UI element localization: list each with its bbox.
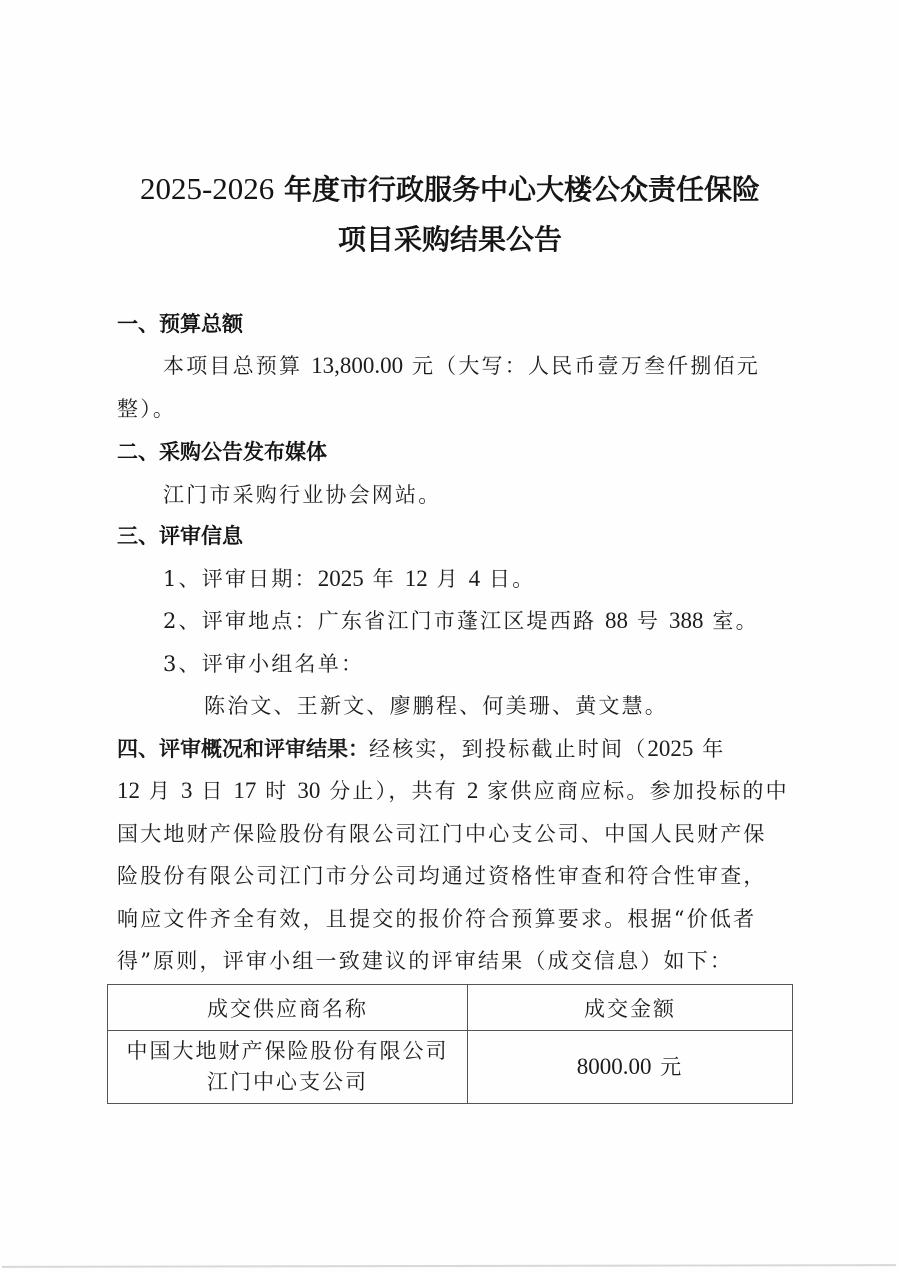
budget-amount: 13,800.00 bbox=[311, 353, 403, 378]
result-text-e: 时 bbox=[256, 779, 297, 803]
result-text-f: 分止），共有 bbox=[320, 779, 466, 803]
result-text-d: 日 bbox=[192, 779, 233, 803]
result-line6: 得”原则，评审小组一致建议的评审结果（成交信息）如下： bbox=[117, 945, 733, 975]
supplier-name-line1: 中国大地财产保险股份有限公司 bbox=[109, 1036, 466, 1067]
title-text: 年度市行政服务中心大楼公众责任保险 bbox=[274, 173, 760, 206]
review-location: 2、评审地点：广东省江门市蓬江区堤西路 88 号 388 室。 bbox=[163, 605, 759, 635]
review-date: 1、评审日期：2025 年 12 月 4 日。 bbox=[163, 563, 535, 593]
review-date-year: 2025 bbox=[318, 566, 364, 591]
table-row: 中国大地财产保险股份有限公司 江门中心支公司 8000.00 元 bbox=[108, 1031, 793, 1104]
result-line1: 四、评审概况和评审结果：经核实，到投标截止时间（2025 年 bbox=[117, 733, 725, 763]
review-location-number: 88 bbox=[605, 608, 628, 633]
review-location-end: 室。 bbox=[704, 609, 759, 633]
result-deadline-minute: 30 bbox=[297, 778, 320, 803]
budget-text-b: 元（大写：人民币壹万叁仟捌佰元 bbox=[403, 354, 760, 378]
award-table: 成交供应商名称 成交金额 中国大地财产保险股份有限公司 江门中心支公司 8000… bbox=[107, 984, 793, 1104]
result-line3: 国大地财产保险股份有限公司江门中心支公司、中国人民财产保 bbox=[117, 818, 767, 848]
header-award-amount: 成交金额 bbox=[467, 985, 792, 1031]
supplier-name-cell: 中国大地财产保险股份有限公司 江门中心支公司 bbox=[108, 1031, 468, 1104]
result-text-a: 经核实，到投标截止时间（ bbox=[369, 737, 647, 761]
result-deadline-day: 3 bbox=[181, 778, 193, 803]
review-panel-members: 陈治文、王新文、廖鹏程、何美珊、黄文慧。 bbox=[204, 690, 668, 720]
review-date-month: 12 bbox=[405, 566, 428, 591]
media-text: 江门市采购行业协会网站。 bbox=[163, 479, 441, 509]
result-line2: 12 月 3 日 17 时 30 分止），共有 2 家供应商应标。参加投标的中 bbox=[117, 775, 789, 805]
header-supplier-name: 成交供应商名称 bbox=[108, 985, 468, 1031]
review-location-room: 388 bbox=[669, 608, 704, 633]
section-result-heading: 四、评审概况和评审结果： bbox=[117, 737, 369, 761]
award-amount-unit: 元 bbox=[652, 1055, 684, 1079]
result-text-g: 家供应商应标。参加投标的中 bbox=[478, 779, 788, 803]
document-page: 2025-2026 年度市行政服务中心大楼公众责任保险 项目采购结果公告 一、预… bbox=[0, 0, 900, 1272]
section-budget-heading: 一、预算总额 bbox=[117, 308, 243, 338]
review-date-day-unit: 日。 bbox=[480, 567, 535, 591]
review-date-year-unit: 年 bbox=[364, 567, 405, 591]
result-text-c: 月 bbox=[140, 779, 181, 803]
review-date-month-unit: 月 bbox=[428, 567, 469, 591]
result-deadline-year: 2025 bbox=[647, 736, 693, 761]
award-amount-value: 8000.00 bbox=[577, 1054, 652, 1079]
review-date-day: 4 bbox=[469, 566, 481, 591]
title-year-range: 2025-2026 bbox=[140, 171, 274, 206]
budget-text-line2: 整）。 bbox=[117, 393, 176, 423]
result-line5: 响应文件齐全有效，且提交的报价符合预算要求。根据“价低者 bbox=[117, 903, 756, 933]
result-text-b: 年 bbox=[693, 737, 725, 761]
result-deadline-hour: 17 bbox=[233, 778, 256, 803]
review-location-unit: 号 bbox=[628, 609, 669, 633]
section-review-heading: 三、评审信息 bbox=[117, 520, 243, 550]
review-date-label: 1、评审日期： bbox=[163, 567, 318, 591]
document-title-line1: 2025-2026 年度市行政服务中心大楼公众责任保险 bbox=[0, 168, 900, 208]
result-line4: 险股份有限公司江门市分公司均通过资格性审查和符合性审查， bbox=[117, 860, 767, 890]
result-bidder-count: 2 bbox=[467, 778, 479, 803]
review-location-text: 2、评审地点：广东省江门市蓬江区堤西路 bbox=[163, 609, 605, 633]
scan-edge-divider bbox=[2, 1264, 896, 1268]
result-deadline-month: 12 bbox=[117, 778, 140, 803]
review-panel-label: 3、评审小组名单： bbox=[163, 648, 364, 678]
supplier-name-line2: 江门中心支公司 bbox=[109, 1067, 466, 1098]
document-title-line2: 项目采购结果公告 bbox=[0, 218, 900, 258]
table-header-row: 成交供应商名称 成交金额 bbox=[108, 985, 793, 1031]
budget-text-line1: 本项目总预算 13,800.00 元（大写：人民币壹万叁仟捌佰元 bbox=[163, 350, 760, 380]
section-media-heading: 二、采购公告发布媒体 bbox=[117, 436, 327, 466]
award-amount-cell: 8000.00 元 bbox=[467, 1031, 792, 1104]
budget-text-a: 本项目总预算 bbox=[163, 354, 311, 378]
